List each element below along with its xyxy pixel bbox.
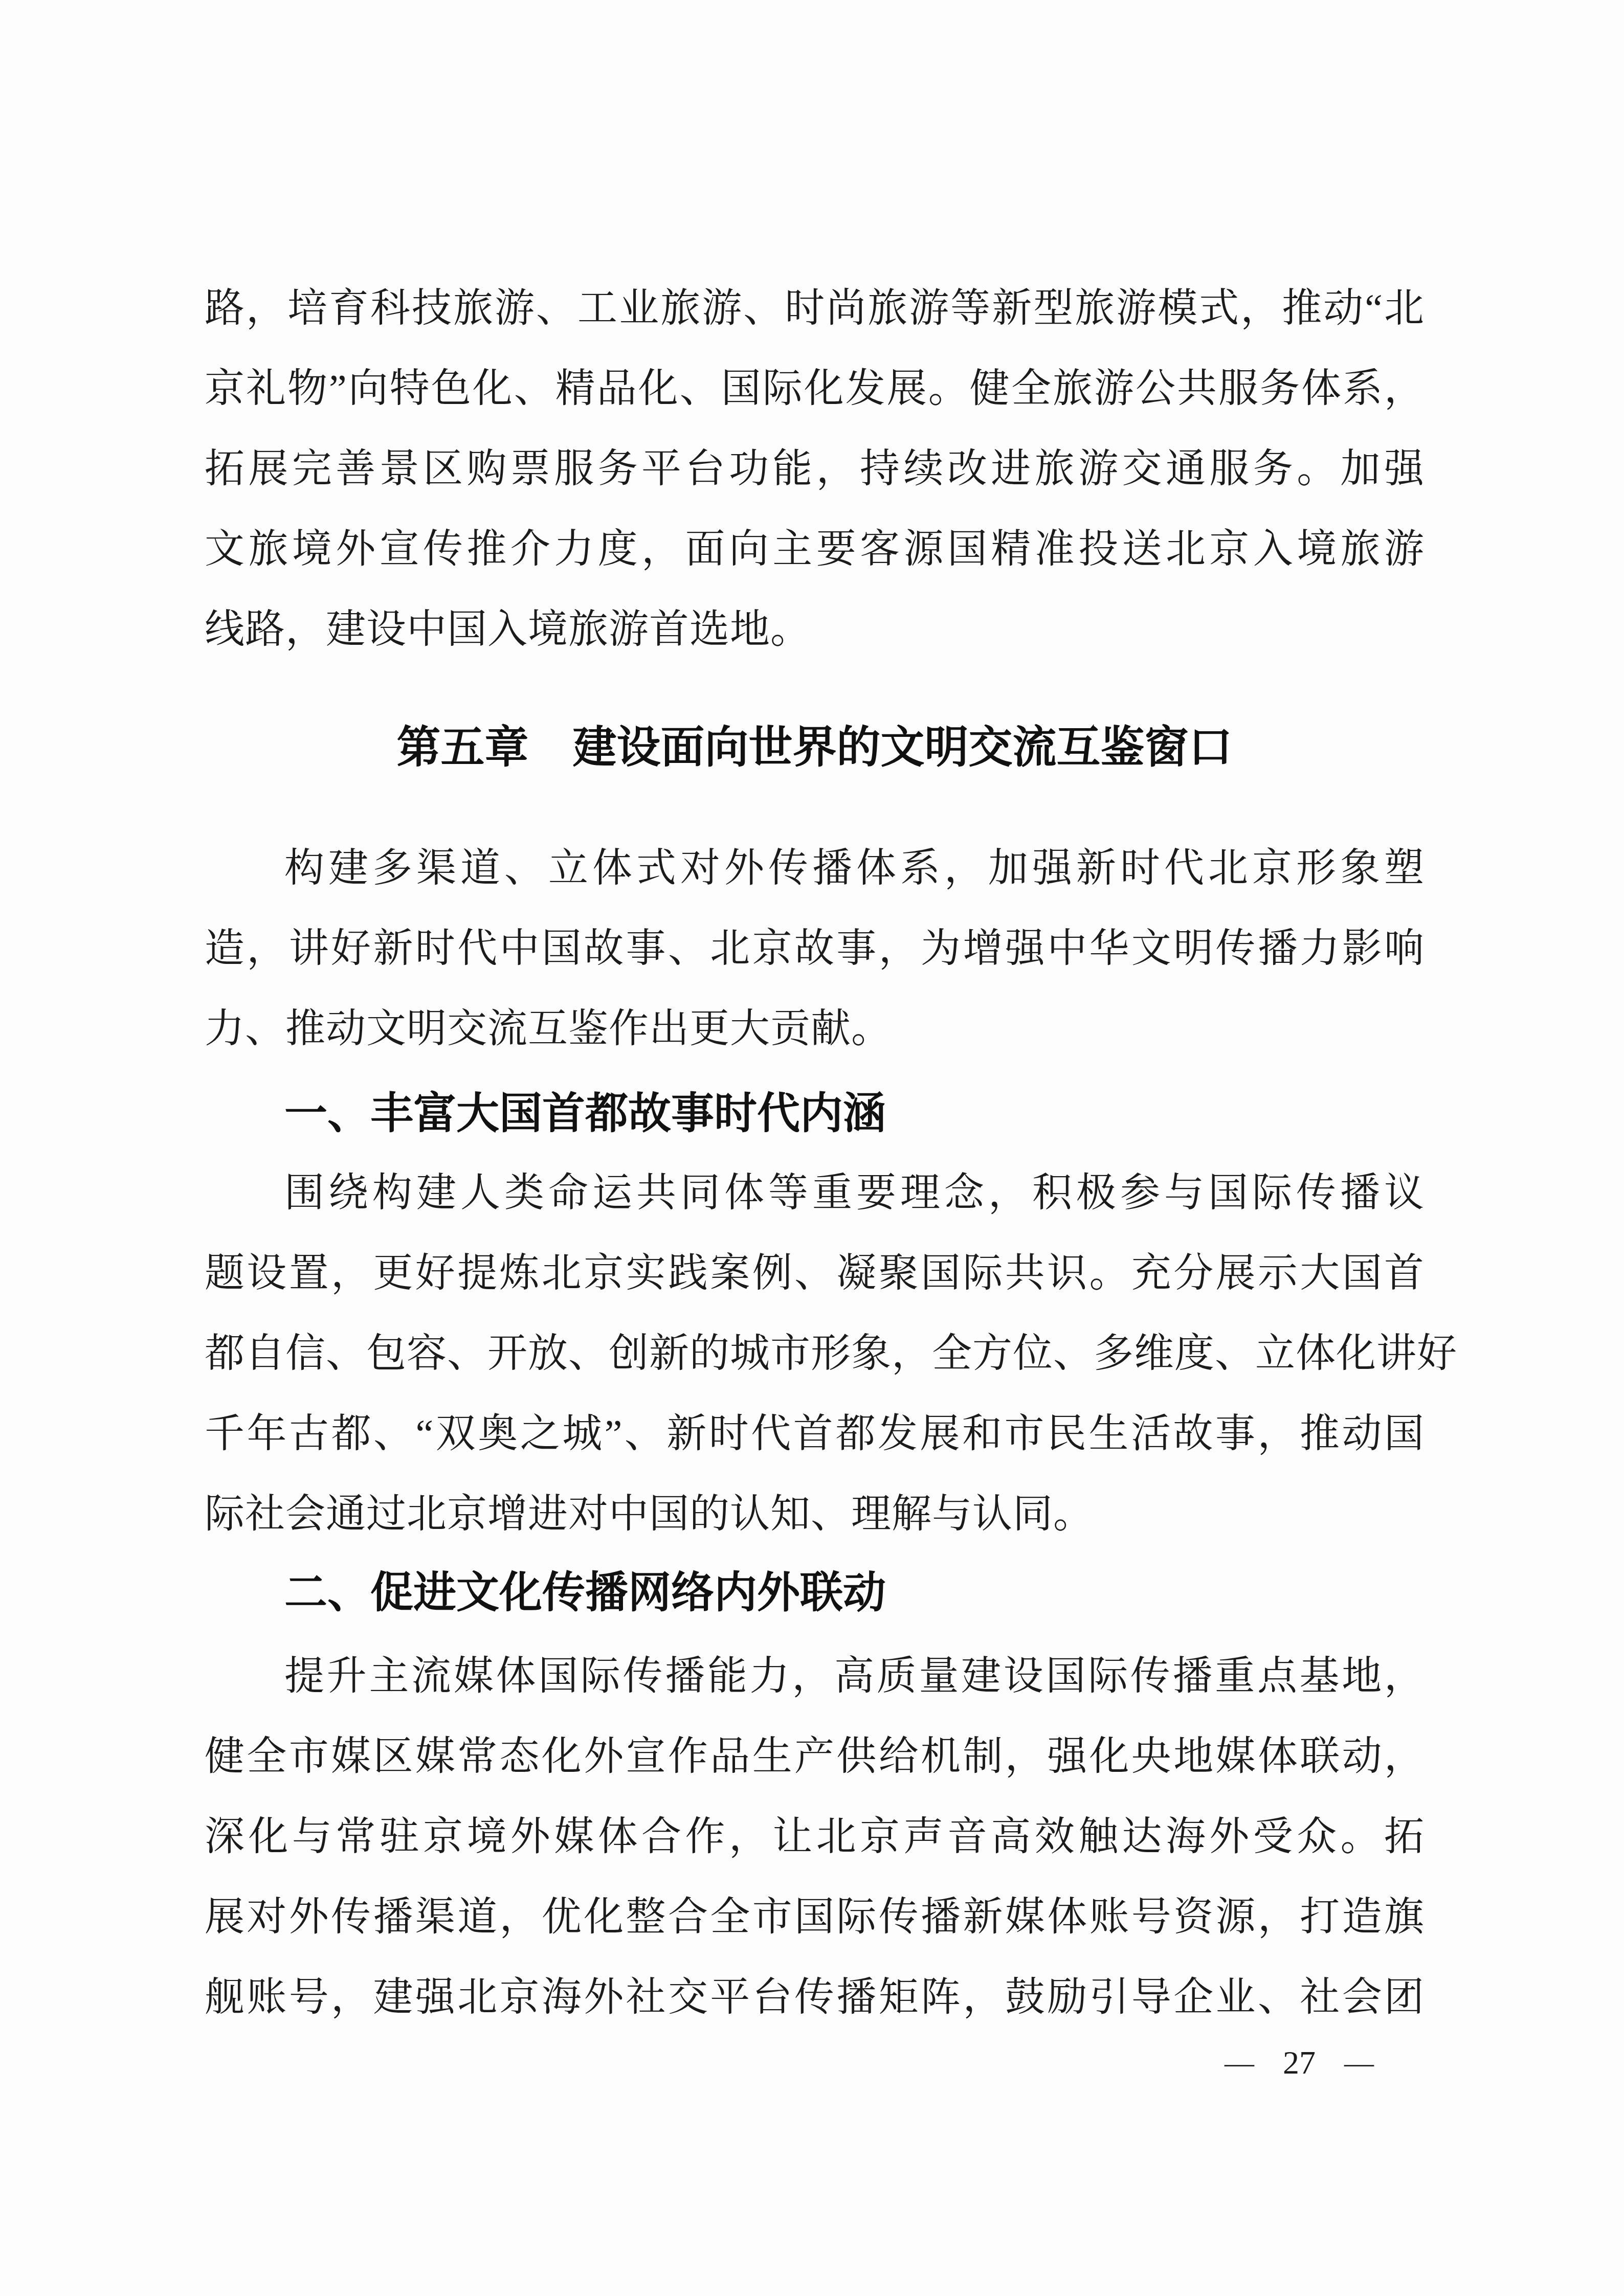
footer-dash-right: —: [1344, 2044, 1374, 2081]
paragraph-1: 路，培育科技旅游、工业旅游、时尚旅游等新型旅游模式，推动“北 京礼物”向特色化、…: [205, 268, 1425, 669]
section-heading-2: 二、促进文化传播网络内外联动: [205, 1552, 1425, 1633]
paragraph-4-line-2: 健全市媒区媒常态化外宣作品生产供给机制，强化央地媒体联动，: [205, 1716, 1425, 1796]
paragraph-2: 构建多渠道、立体式对外传播体系，加强新时代北京形象塑 造，讲好新时代中国故事、北…: [205, 828, 1425, 1069]
paragraph-3-line-1: 围绕构建人类命运共同体等重要理念，积极参与国际传播议: [205, 1153, 1425, 1233]
paragraph-3-line-4: 千年古都、“双奥之城”、新时代首都发展和市民生活故事，推动国: [205, 1393, 1425, 1474]
page-number: 27: [1283, 2044, 1316, 2081]
paragraph-1-line-1: 路，培育科技旅游、工业旅游、时尚旅游等新型旅游模式，推动“北: [205, 268, 1425, 348]
paragraph-3-line-5: 际社会通过北京增进对中国的认知、理解与认同。: [205, 1474, 1425, 1554]
paragraph-3-line-3: 都自信、包容、开放、创新的城市形象，全方位、多维度、立体化讲好: [205, 1313, 1425, 1393]
paragraph-2-line-1: 构建多渠道、立体式对外传播体系，加强新时代北京形象塑: [205, 828, 1425, 908]
paragraph-2-line-2: 造，讲好新时代中国故事、北京故事，为增强中华文明传播力影响: [205, 908, 1425, 988]
paragraph-4: 提升主流媒体国际传播能力，高质量建设国际传播重点基地， 健全市媒区媒常态化外宣作…: [205, 1636, 1425, 2037]
paragraph-2-line-3: 力、推动文明交流互鉴作出更大贡献。: [205, 988, 1425, 1069]
paragraph-4-line-5: 舰账号，建强北京海外社交平台传播矩阵，鼓励引导企业、社会团: [205, 1957, 1425, 2037]
document-page: 路，培育科技旅游、工业旅游、时尚旅游等新型旅游模式，推动“北 京礼物”向特色化、…: [0, 0, 1624, 2296]
paragraph-1-line-5: 线路，建设中国入境旅游首选地。: [205, 589, 1425, 669]
page-footer: — 27 —: [1225, 2044, 1374, 2081]
paragraph-1-line-2: 京礼物”向特色化、精品化、国际化发展。健全旅游公共服务体系，: [205, 348, 1425, 429]
footer-dash-left: —: [1225, 2044, 1254, 2081]
paragraph-1-line-3: 拓展完善景区购票服务平台功能，持续改进旅游交通服务。加强: [205, 429, 1425, 509]
chapter-heading: 第五章 建设面向世界的文明交流互鉴窗口: [205, 708, 1425, 788]
paragraph-1-line-4: 文旅境外宣传推介力度，面向主要客源国精准投送北京入境旅游: [205, 509, 1425, 589]
paragraph-4-line-3: 深化与常驻京境外媒体合作，让北京声音高效触达海外受众。拓: [205, 1796, 1425, 1877]
section-heading-1: 一、丰富大国首都故事时代内涵: [205, 1073, 1425, 1154]
paragraph-3-line-2: 题设置，更好提炼北京实践案例、凝聚国际共识。充分展示大国首: [205, 1233, 1425, 1313]
paragraph-4-line-4: 展对外传播渠道，优化整合全市国际传播新媒体账号资源，打造旗: [205, 1877, 1425, 1957]
paragraph-3: 围绕构建人类命运共同体等重要理念，积极参与国际传播议 题设置，更好提炼北京实践案…: [205, 1153, 1425, 1554]
paragraph-4-line-1: 提升主流媒体国际传播能力，高质量建设国际传播重点基地，: [205, 1636, 1425, 1716]
